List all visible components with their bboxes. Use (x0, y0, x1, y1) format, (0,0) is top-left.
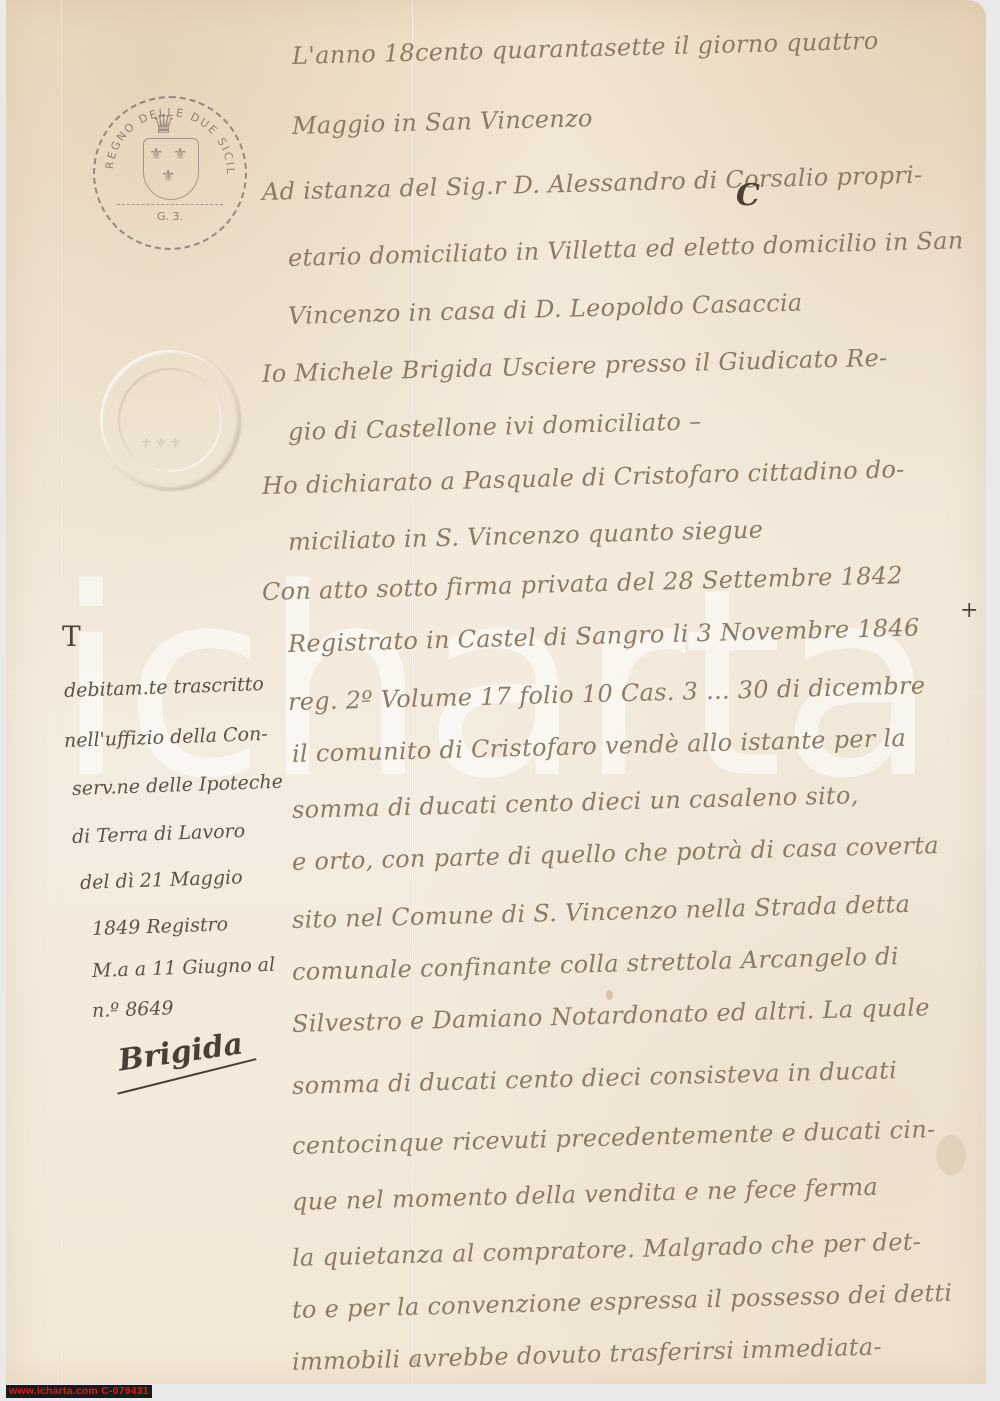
source-label: www.icharta.com C-079431 (6, 1385, 152, 1398)
paper-stain (936, 1135, 966, 1175)
corner-mark: + (960, 598, 978, 623)
paper-stain (606, 990, 613, 1000)
fleur-de-lis-icon: ⚜ (161, 166, 175, 185)
fleur-de-lis-icon: ⚜ (149, 144, 163, 163)
ink-stamp: REGNO DELLE DUE SICILIE ♛ ⚜ ⚜ ⚜ G. 3. (93, 96, 247, 250)
stamp-divider (117, 204, 223, 205)
crown-icon: ♛ (152, 110, 175, 140)
embossed-seal: ⚜⚜⚜ (100, 350, 240, 490)
margin-mark: T (62, 620, 81, 653)
embossed-seal-inner (118, 368, 222, 472)
stamp-code: G. 3. (95, 210, 245, 223)
margin-note-line: n.º 8649 (92, 997, 174, 1022)
dark-ink-initial: C (736, 178, 760, 213)
fleur-de-lis-icon: ⚜ (173, 144, 187, 163)
fleur-de-lis-icon: ⚜⚜⚜ (140, 436, 184, 452)
